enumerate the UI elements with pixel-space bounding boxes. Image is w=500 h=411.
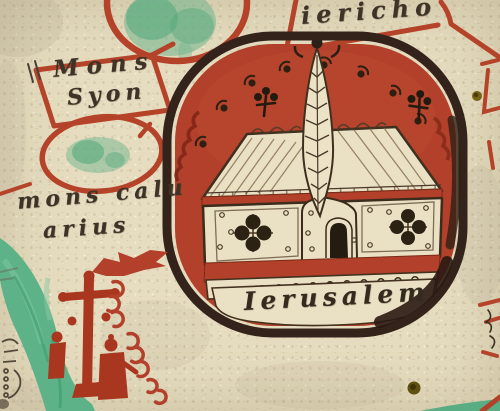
red-flourish bbox=[92, 250, 168, 276]
bottom-right-corner bbox=[420, 397, 500, 411]
manuscript-map-page: Mons Syon iericho mons calu arius Ierusa… bbox=[0, 0, 500, 411]
gate-door-opening bbox=[330, 223, 348, 258]
city-gate bbox=[302, 197, 357, 262]
